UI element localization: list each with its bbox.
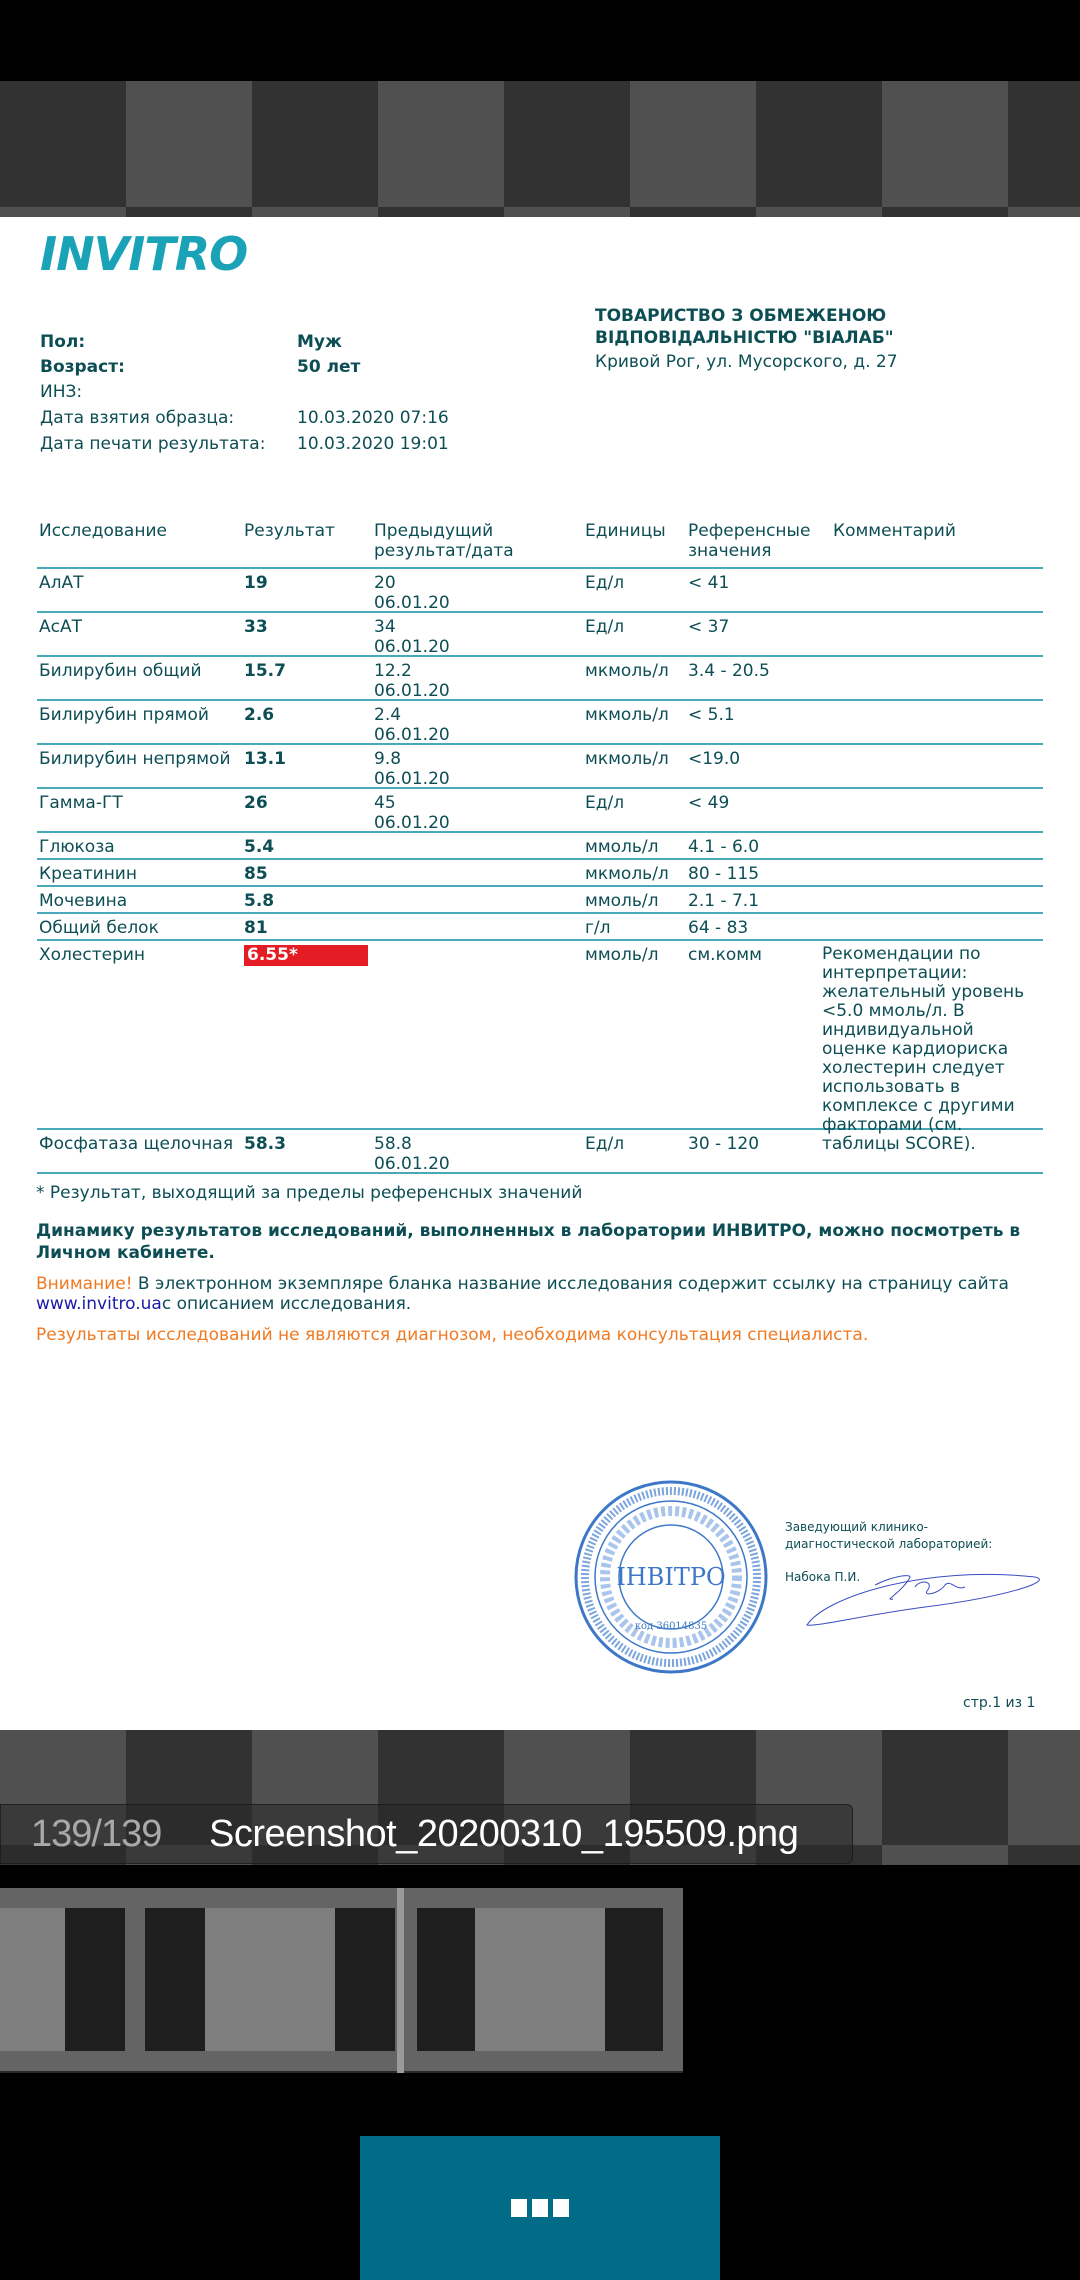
previous-result: 2.406.01.20	[374, 705, 450, 745]
asterisk-note: * Результат, выходящий за пределы рефере…	[36, 1183, 1046, 1203]
results-table: Исследование Результат Предыдущий резуль…	[37, 521, 1043, 1174]
reference-range: < 41	[688, 573, 729, 593]
reference-range: <19.0	[688, 749, 740, 769]
result-value: 33	[244, 617, 268, 637]
units: мкмоль/л	[585, 864, 669, 884]
test-name: Гамма-ГТ	[39, 793, 123, 813]
reference-range: 64 - 83	[688, 918, 748, 938]
reference-range: 3.4 - 20.5	[688, 661, 770, 681]
test-name: Глюкоза	[39, 837, 115, 857]
thumbnail-138[interactable]	[145, 1908, 395, 2051]
result-value: 81	[244, 918, 268, 938]
checkerboard-background	[0, 207, 1080, 217]
lab-report-image[interactable]: INVITRO Пол: Муж Возраст: 50 лет ИНЗ: Да…	[0, 217, 1080, 1730]
result-value: 2.6	[244, 705, 274, 725]
table-row: АсАТ333406.01.20Ед/л< 37	[37, 613, 1043, 657]
units: г/л	[585, 918, 611, 938]
table-row: Креатинин85мкмоль/л80 - 115	[37, 860, 1043, 887]
test-name: Креатинин	[39, 864, 137, 884]
disclaimer: Результаты исследований не являются диаг…	[36, 1325, 1046, 1345]
result-value: 5.8	[244, 891, 274, 911]
test-name: Билирубин прямой	[39, 705, 209, 725]
comment: Рекомендации по интерпретации: желательн…	[822, 945, 1042, 1154]
units: ммоль/л	[585, 891, 659, 911]
organization-address: Кривой Рог, ул. Мусорского, д. 27	[595, 351, 975, 373]
test-name: АлАТ	[39, 573, 84, 593]
more-squares-icon	[511, 2199, 527, 2217]
file-name: Screenshot_20200310_195509.png	[209, 1813, 798, 1856]
previous-result: 2006.01.20	[374, 573, 450, 613]
signature-scribble	[805, 1557, 1045, 1632]
test-name: Билирубин общий	[39, 661, 202, 681]
reference-range: < 37	[688, 617, 729, 637]
units: ммоль/л	[585, 945, 659, 965]
warning-note: Внимание! В электронном экземпляре бланк…	[36, 1274, 1046, 1314]
reference-range: см.комм	[688, 945, 762, 965]
reference-range: < 5.1	[688, 705, 735, 725]
reference-range: 2.1 - 7.1	[688, 891, 759, 911]
result-value: 26	[244, 793, 268, 813]
more-squares-icon	[553, 2199, 569, 2217]
table-row: Билирубин непрямой13.19.806.01.20мкмоль/…	[37, 745, 1043, 789]
units: мкмоль/л	[585, 749, 669, 769]
table-row: Глюкоза5.4ммоль/л4.1 - 6.0	[37, 833, 1043, 860]
result-value: 19	[244, 573, 268, 593]
test-name: Билирубин непрямой	[39, 749, 231, 769]
organization-name: ТОВАРИСТВО З ОБМЕЖЕНОЮ ВІДПОВІДАЛЬНІСТЮ …	[595, 305, 975, 349]
status-bar-area	[0, 0, 1080, 81]
units: Ед/л	[585, 573, 624, 593]
table-row: Гамма-ГТ264506.01.20Ед/л< 49	[37, 789, 1043, 833]
svg-text:ІНВІТРО: ІНВІТРО	[616, 1563, 725, 1591]
units: Ед/л	[585, 617, 624, 637]
table-row: Билирубин прямой2.62.406.01.20мкмоль/л< …	[37, 701, 1043, 745]
lab-stamp: ІНВІТРО код 36014835	[573, 1479, 769, 1675]
thumbnail-strip[interactable]	[0, 1888, 683, 2073]
units: Ед/л	[585, 1134, 624, 1154]
result-value: 13.1	[244, 749, 286, 769]
test-name: Фосфатаза щелочная	[39, 1134, 233, 1154]
table-row: Мочевина5.8ммоль/л2.1 - 7.1	[37, 887, 1043, 914]
units: Ед/л	[585, 793, 624, 813]
previous-result: 12.206.01.20	[374, 661, 450, 701]
test-name: Мочевина	[39, 891, 127, 911]
result-value: 15.7	[244, 661, 286, 681]
previous-result: 9.806.01.20	[374, 749, 450, 789]
dynamics-note: Динамику результатов исследований, выпол…	[36, 1220, 1046, 1264]
table-row: Общий белок81г/л64 - 83	[37, 914, 1043, 941]
current-thumbnail-marker	[397, 1888, 404, 2073]
svg-text:код 36014835: код 36014835	[635, 1621, 708, 1632]
file-info-bar: 139/139 Screenshot_20200310_195509.png	[0, 1804, 853, 1864]
page-number: стр.1 из 1	[963, 1695, 1035, 1711]
thumbnail-139-current[interactable]	[417, 1908, 663, 2051]
units: ммоль/л	[585, 837, 659, 857]
invitro-link[interactable]: www.invitro.ua	[36, 1294, 162, 1314]
signature-title: Заведующий клинико-диагностической лабор…	[785, 1519, 1025, 1553]
previous-result: 4506.01.20	[374, 793, 450, 833]
test-name: Общий белок	[39, 918, 159, 938]
table-row: Холестерин6.55*ммоль/лсм.коммРекомендаци…	[37, 941, 1043, 1130]
previous-result: 3406.01.20	[374, 617, 450, 657]
test-name: АсАТ	[39, 617, 82, 637]
image-counter: 139/139	[31, 1813, 161, 1856]
result-value-flagged: 6.55*	[244, 945, 368, 966]
more-squares-icon	[532, 2199, 548, 2217]
organization-block: ТОВАРИСТВО З ОБМЕЖЕНОЮ ВІДПОВІДАЛЬНІСТЮ …	[595, 305, 975, 373]
units: мкмоль/л	[585, 661, 669, 681]
thumbnail-137[interactable]	[0, 1908, 125, 2051]
result-value: 5.4	[244, 837, 274, 857]
table-row: Фосфатаза щелочная58.358.806.01.20Ед/л30…	[37, 1130, 1043, 1174]
invitro-logo: INVITRO	[40, 227, 247, 281]
test-name: Холестерин	[39, 945, 145, 965]
units: мкмоль/л	[585, 705, 669, 725]
checkerboard-background	[0, 81, 1080, 207]
table-row: АлАТ192006.01.20Ед/л< 41	[37, 569, 1043, 613]
reference-range: 4.1 - 6.0	[688, 837, 759, 857]
previous-result: 58.806.01.20	[374, 1134, 450, 1174]
reference-range: 30 - 120	[688, 1134, 759, 1154]
table-row: Билирубин общий15.712.206.01.20мкмоль/л3…	[37, 657, 1043, 701]
result-value: 85	[244, 864, 268, 884]
reference-range: 80 - 115	[688, 864, 759, 884]
reference-range: < 49	[688, 793, 729, 813]
table-header: Исследование Результат Предыдущий резуль…	[37, 521, 1043, 569]
result-value: 58.3	[244, 1134, 286, 1154]
